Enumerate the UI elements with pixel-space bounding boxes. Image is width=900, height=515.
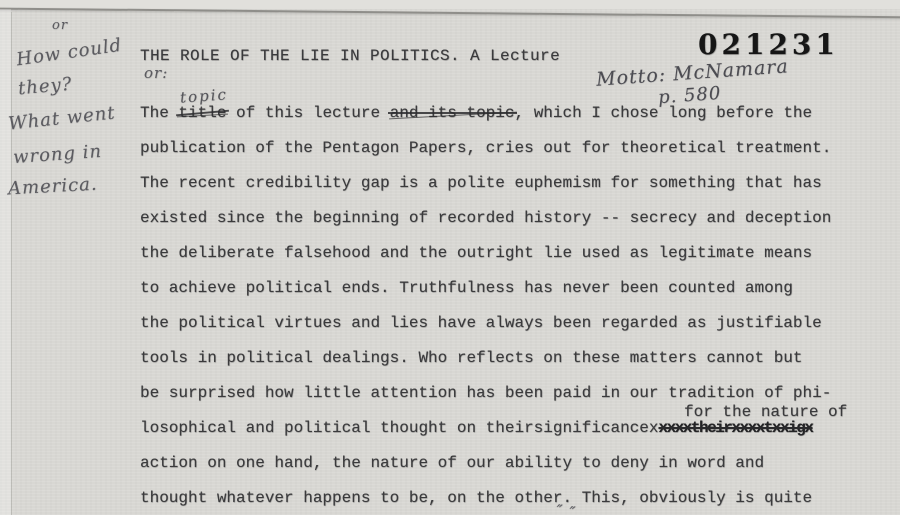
body-line-9: be surprised how little attention has be…: [140, 383, 831, 403]
paper-top-edge: [0, 7, 900, 18]
scan-top-strip: [0, 0, 900, 9]
body-line-3: The recent credibility gap is a polite e…: [140, 173, 822, 193]
bottom-handwriting-fragment: ″ ″: [555, 501, 577, 515]
struck-phrase-and-its-topic: and its topic: [390, 103, 515, 123]
line10-pre: losophical and political thought on thei…: [140, 419, 658, 437]
margin-note-america: America.: [8, 174, 99, 200]
body-line-4: existed since the beginning of recorded …: [140, 208, 831, 228]
paper-left-edge-highlight: [0, 9, 11, 515]
margin-note-they: they?: [17, 74, 73, 100]
body-line-6: to achieve political ends. Truthfulness …: [140, 278, 793, 298]
handwritten-topic-correction: topic: [180, 84, 229, 107]
struck-word-title: topictitle: [178, 103, 226, 123]
paper-left-edge-line: [11, 12, 12, 515]
document-title: THE ROLE OF THE LIE IN POLITICS. A Lectu…: [140, 46, 560, 66]
margin-note-wrong-in: wrong in: [12, 141, 102, 168]
body-line-10: losophical and political thought on thei…: [140, 418, 812, 438]
body-line-7: the political virtues and lies have alwa…: [140, 313, 822, 333]
body-line-11: action on one hand, the nature of our ab…: [140, 453, 764, 473]
line1-pre: The: [140, 104, 178, 122]
body-line-5: the deliberate falsehood and the outrigh…: [140, 243, 812, 263]
margin-note-how-could: How could: [15, 35, 123, 71]
line1-post: , which I chose long before the: [514, 104, 812, 122]
line1-mid: of this lecture: [226, 104, 389, 122]
body-line-1: The topictitle of this lecture and its t…: [140, 103, 812, 123]
scanned-manuscript-page: 021231 or How could they? What went wron…: [0, 0, 900, 515]
margin-note-what-went: What went: [7, 102, 116, 134]
body-line-8: tools in political dealings. Who reflect…: [140, 348, 803, 368]
title-or-annotation: or:: [144, 64, 168, 82]
xed-out-text: xxxxtheirxxxxtxxigx: [658, 418, 812, 438]
margin-note-or: or: [52, 18, 68, 33]
body-line-2: publication of the Pentagon Papers, crie…: [140, 138, 831, 158]
body-line-12: thought whatever happens to be, on the o…: [140, 488, 812, 508]
